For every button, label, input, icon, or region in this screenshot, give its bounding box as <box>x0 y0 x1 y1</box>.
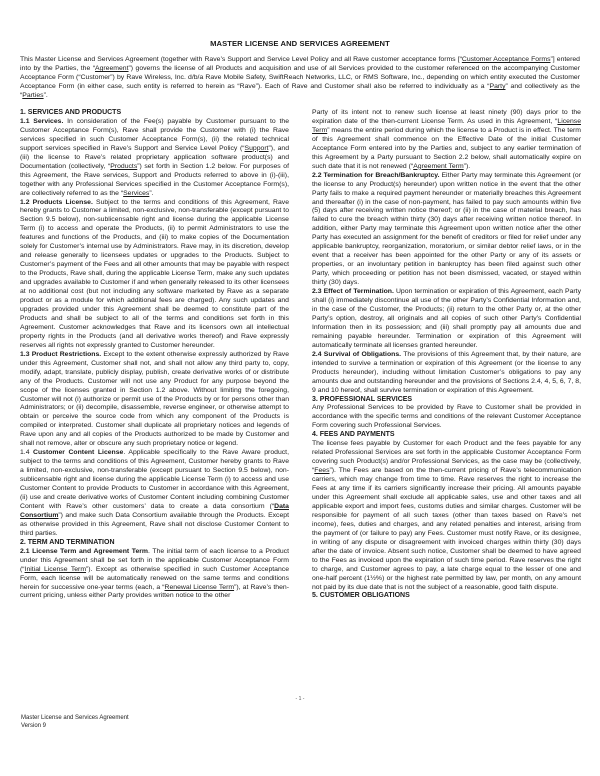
defined-term-products: Products <box>110 163 137 170</box>
defined-term-agreement: Agreement <box>95 65 128 72</box>
defined-term-services: Services <box>123 190 149 197</box>
section-text: Except to the extent otherwise expressly… <box>20 351 289 448</box>
section-text: Upon termination or expiration of this A… <box>312 288 581 349</box>
section-3-text: Any Professional Services to be provided… <box>312 404 581 431</box>
section-number: 1.4 <box>20 449 33 456</box>
section-text: . Applicable specifically to the Rave Aw… <box>20 449 289 510</box>
section-text: Either Party may terminate this Agreemen… <box>312 172 581 286</box>
section-text: ”). The Fees are based on the then-curre… <box>312 467 581 590</box>
section-2-3: 2.3 Effect of Termination. Upon terminat… <box>312 288 581 351</box>
section-label: 1.3 Product Restrictions. <box>20 351 101 358</box>
defined-term-agreement-term: Agreement Term <box>413 163 463 170</box>
intro-text: ”. <box>44 92 48 99</box>
section-label: 1.1 Services. <box>20 118 63 125</box>
section-2-1: 2.1 License Term and Agreement Term. The… <box>20 548 289 602</box>
section-text: ”). <box>464 163 470 170</box>
section-4-text: The license fees payable by Customer for… <box>312 440 581 592</box>
left-column: 1. SERVICES AND PRODUCTS 1.1 Services. I… <box>20 109 289 601</box>
defined-term-fees: Fees <box>314 467 329 474</box>
section-2-2: 2.2 Termination for Breach/Bankruptcy. E… <box>312 172 581 288</box>
section-label: 2.3 Effect of Termination. <box>312 288 394 295</box>
intro-text: This Master License and Services Agreeme… <box>20 56 462 63</box>
defined-term-renewal-license-term: Renewal License Term <box>165 584 235 591</box>
page-number: - 1 - <box>0 696 600 702</box>
defined-term-customer-acceptance-forms: Customer Acceptance Forms <box>462 56 551 63</box>
section-label: 2.1 License Term and Agreement Term <box>20 548 148 555</box>
defined-term-support: Support <box>245 145 269 152</box>
document-title: MASTER LICENSE AND SERVICES AGREEMENT <box>0 39 600 48</box>
section-heading-3: 3. PROFESSIONAL SERVICES <box>312 396 581 405</box>
section-text: ”) and make such Data Consortium availab… <box>20 512 289 537</box>
section-text: Party of its intent not to renew such li… <box>312 109 581 125</box>
section-heading-4: 4. FEES AND PAYMENTS <box>312 431 581 440</box>
section-1-3: 1.3 Product Restrictions. Except to the … <box>20 351 289 449</box>
section-heading-2: 2. TERM AND TERMINATION <box>20 539 289 548</box>
document-page: MASTER LICENSE AND SERVICES AGREEMENT Th… <box>0 0 600 776</box>
section-label: 2.4 Survival of Obligations. <box>312 351 401 358</box>
defined-term-parties: Parties <box>22 92 43 99</box>
right-column: Party of its intent not to renew such li… <box>312 109 581 601</box>
section-1-2: 1.2 Products License. Subject to the ter… <box>20 199 289 351</box>
section-label: 1.2 Products License. <box>20 199 93 206</box>
defined-term-initial-license-term: Initial License Term <box>25 566 86 573</box>
intro-paragraph: This Master License and Services Agreeme… <box>20 55 580 100</box>
section-1-1: 1.1 Services. In consideration of the Fe… <box>20 118 289 199</box>
page-footer: Master License and Services Agreement Ve… <box>21 714 129 730</box>
defined-term-party: Party <box>490 83 506 90</box>
section-heading-1: 1. SERVICES AND PRODUCTS <box>20 109 289 118</box>
section-label: Customer Content License <box>33 449 123 456</box>
section-2-4: 2.4 Survival of Obligations. The provisi… <box>312 351 581 396</box>
section-text: ”. <box>149 190 153 197</box>
section-label: 2.2 Termination for Breach/Bankruptcy. <box>312 172 439 179</box>
section-text: Subject to the terms and conditions of t… <box>20 199 289 349</box>
section-2-1-continued: Party of its intent not to renew such li… <box>312 109 581 172</box>
section-heading-5: 5. CUSTOMER OBLIGATIONS <box>312 592 581 601</box>
section-1-4: 1.4 Customer Content License. Applicable… <box>20 449 289 539</box>
footer-document-name: Master License and Services Agreement <box>21 714 129 722</box>
footer-version: Version 9 <box>21 722 129 730</box>
